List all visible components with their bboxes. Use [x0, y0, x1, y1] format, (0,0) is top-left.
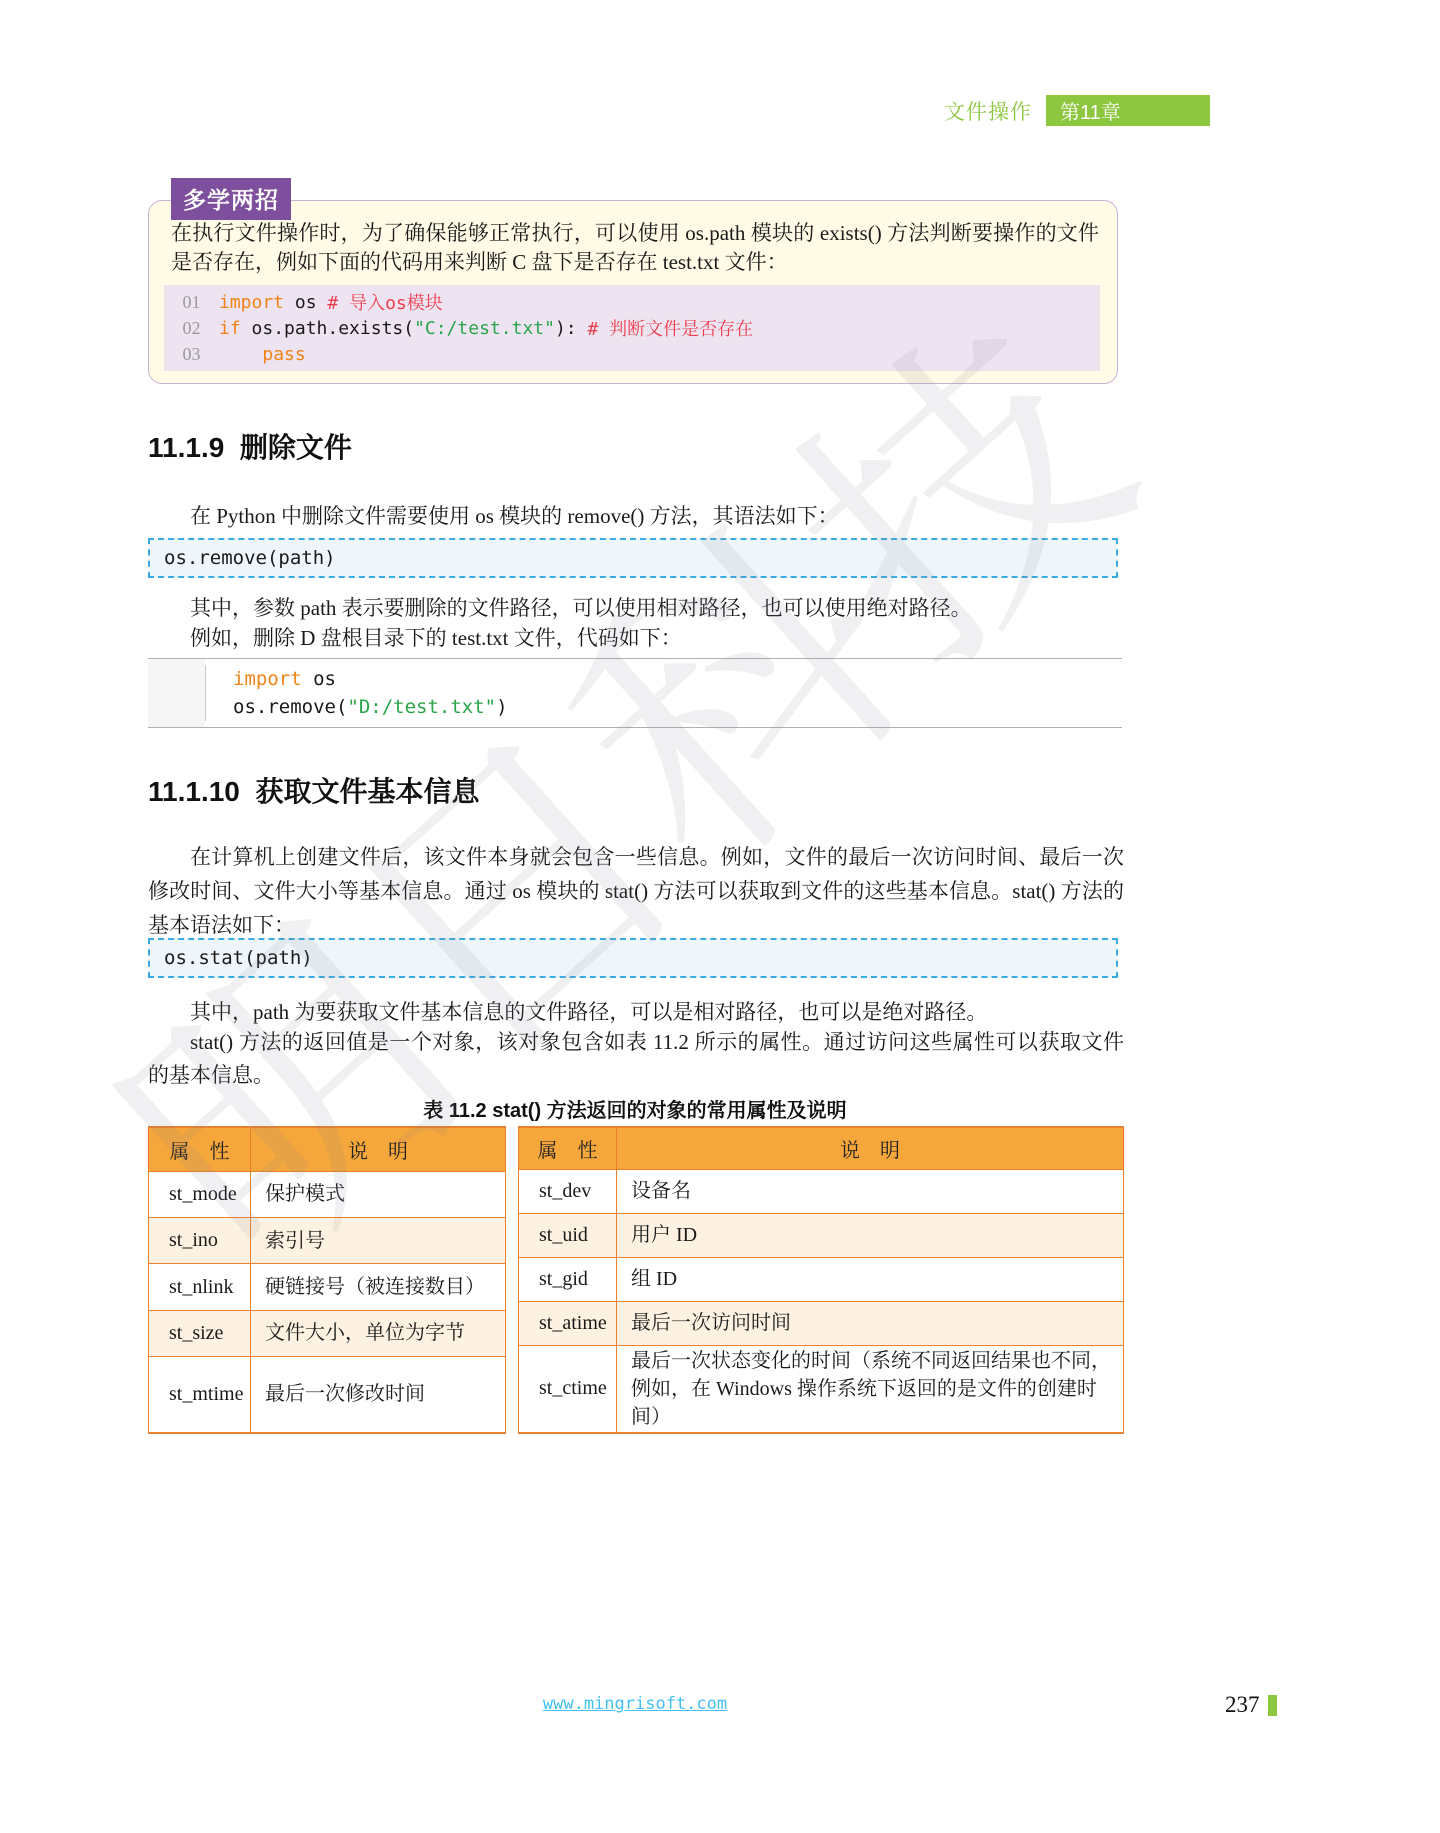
- code-keyword: import: [219, 292, 284, 313]
- table-row: st_nlink 硬链接号（被连接数目）: [149, 1264, 506, 1310]
- table-row: st_mtime 最后一次修改时间: [149, 1357, 506, 1433]
- page-number-bar: [1268, 1695, 1277, 1716]
- table-row: st_atime 最后一次访问时间: [519, 1301, 1124, 1345]
- table-row: st_ino 索引号: [149, 1218, 506, 1264]
- syntax-code: os.remove(path): [164, 547, 336, 569]
- code-line: 01 import os: [148, 665, 1122, 693]
- page-number: 237: [1225, 1692, 1277, 1718]
- code-text: os: [284, 292, 327, 313]
- syntax-code: os.stat(path): [164, 947, 313, 969]
- table-cell-desc: 最后一次访问时间: [617, 1301, 1124, 1345]
- section-title: 删除文件: [240, 432, 352, 463]
- tip-body-text: 在执行文件操作时，为了确保能够正常执行，可以使用 os.path 模块的 exi…: [171, 219, 1099, 277]
- table-header-desc: 说 明: [617, 1127, 1124, 1169]
- table-cell-desc: 最后一次状态变化的时间（系统不同返回结果也不同，例如，在 Windows 操作系…: [617, 1345, 1124, 1433]
- paragraph: 其中，path 为要获取文件基本信息的文件路径，可以是相对路径，也可以是绝对路径…: [148, 996, 1124, 1029]
- footer-website-link[interactable]: www.mingrisoft.com: [543, 1694, 727, 1714]
- syntax-box-stat: os.stat(path): [148, 938, 1118, 978]
- code-line-number: 03: [164, 344, 219, 365]
- code-gutter: [148, 659, 205, 727]
- section-number: 11.1.9: [148, 432, 224, 463]
- table-right-half: 属 性 说 明 st_dev 设备名 st_uid 用户 ID st_gid 组…: [518, 1126, 1124, 1434]
- code-line-number: 02: [164, 318, 219, 339]
- table-header-attr: 属 性: [149, 1127, 251, 1171]
- table-cell-attr: st_mtime: [149, 1357, 251, 1433]
- table-row: st_dev 设备名: [519, 1169, 1124, 1213]
- table-cell-desc: 硬链接号（被连接数目）: [251, 1264, 506, 1310]
- code-text: ):: [555, 318, 588, 339]
- section-heading-11-1-10: 11.1.10 获取文件基本信息: [148, 770, 479, 810]
- table-cell-desc: 最后一次修改时间: [251, 1357, 506, 1433]
- code-block-remove-example: 01 import os 02 os.remove("D:/test.txt"): [148, 658, 1122, 728]
- paragraph: 在计算机上创建文件后，该文件本身就会包含一些信息。例如，文件的最后一次访问时间、…: [148, 840, 1124, 942]
- table-header-row: 属 性 说 明: [519, 1127, 1124, 1169]
- code-line: 03 pass: [164, 341, 1100, 367]
- page: 文件操作 第11章 多学两招 在执行文件操作时，为了确保能够正常执行，可以使用 …: [0, 0, 1440, 1833]
- table-cell-attr: st_size: [149, 1310, 251, 1356]
- page-number-value: 237: [1225, 1692, 1260, 1718]
- code-indent: [219, 344, 262, 365]
- code-comment: # 导入os模块: [327, 289, 442, 315]
- page-header: 文件操作 第11章: [0, 95, 1210, 126]
- table-row: st_uid 用户 ID: [519, 1213, 1124, 1257]
- table-row: st_ctime 最后一次状态变化的时间（系统不同返回结果也不同，例如，在 Wi…: [519, 1345, 1124, 1433]
- table-left-half: 属 性 说 明 st_mode 保护模式 st_ino 索引号 st_nlink…: [148, 1126, 506, 1434]
- stat-attributes-table: 属 性 说 明 st_mode 保护模式 st_ino 索引号 st_nlink…: [148, 1126, 1122, 1434]
- code-line: 02 if os.path.exists("C:/test.txt"): # 判…: [164, 315, 1100, 341]
- table-cell-desc: 索引号: [251, 1218, 506, 1264]
- table-row: st_size 文件大小，单位为字节: [149, 1310, 506, 1356]
- header-chapter-badge: 第11章: [1046, 95, 1210, 126]
- table-cell-attr: st_dev: [519, 1169, 617, 1213]
- code-text: os.remove(: [206, 696, 347, 718]
- code-line: 02 os.remove("D:/test.txt"): [148, 693, 1122, 721]
- table-cell-desc: 设备名: [617, 1169, 1124, 1213]
- code-string: "D:/test.txt": [347, 696, 496, 718]
- table-cell-desc: 用户 ID: [617, 1213, 1124, 1257]
- section-number: 11.1.10: [148, 776, 240, 807]
- footer: www.mingrisoft.com: [148, 1694, 1122, 1714]
- table-caption: 表 11.2 stat() 方法返回的对象的常用属性及说明: [148, 1094, 1122, 1123]
- code-keyword: pass: [262, 344, 305, 365]
- header-section-label: 文件操作: [944, 96, 1032, 126]
- table-cell-attr: st_uid: [519, 1213, 617, 1257]
- tip-code-block: 01 import os # 导入os模块 02 if os.path.exis…: [164, 285, 1100, 371]
- table-cell-attr: st_mode: [149, 1171, 251, 1217]
- table-cell-attr: st_gid: [519, 1257, 617, 1301]
- code-comment: # 判断文件是否存在: [587, 315, 753, 341]
- table-header-desc: 说 明: [251, 1127, 506, 1171]
- section-title: 获取文件基本信息: [255, 776, 479, 807]
- table-header-attr: 属 性: [519, 1127, 617, 1169]
- code-string: "C:/test.txt": [414, 318, 555, 339]
- paragraph: 在 Python 中删除文件需要使用 os 模块的 remove() 方法，其语…: [148, 500, 1124, 533]
- paragraph: 其中，参数 path 表示要删除的文件路径，可以使用相对路径，也可以使用绝对路径…: [148, 592, 1124, 625]
- code-line: 01 import os # 导入os模块: [164, 289, 1100, 315]
- table-cell-desc: 保护模式: [251, 1171, 506, 1217]
- table-header-row: 属 性 说 明: [149, 1127, 506, 1171]
- paragraph: stat() 方法的返回值是一个对象，该对象包含如表 11.2 所示的属性。通过…: [148, 1026, 1124, 1092]
- code-keyword: if: [219, 318, 241, 339]
- table-row: st_mode 保护模式: [149, 1171, 506, 1217]
- table-cell-attr: st_ctime: [519, 1345, 617, 1433]
- table-cell-desc: 组 ID: [617, 1257, 1124, 1301]
- section-heading-11-1-9: 11.1.9 删除文件: [148, 426, 352, 466]
- code-keyword: import: [206, 668, 302, 690]
- paragraph: 例如，删除 D 盘根目录下的 test.txt 文件，代码如下：: [148, 622, 1124, 655]
- code-text: os: [302, 668, 336, 690]
- tip-badge: 多学两招: [171, 178, 291, 220]
- tip-box: 多学两招 在执行文件操作时，为了确保能够正常执行，可以使用 os.path 模块…: [148, 200, 1118, 384]
- table-cell-attr: st_nlink: [149, 1264, 251, 1310]
- code-text: os.path.exists(: [241, 318, 414, 339]
- table-cell-desc: 文件大小，单位为字节: [251, 1310, 506, 1356]
- code-text: ): [496, 696, 507, 718]
- table-cell-attr: st_atime: [519, 1301, 617, 1345]
- syntax-box-remove: os.remove(path): [148, 538, 1118, 578]
- table-cell-attr: st_ino: [149, 1218, 251, 1264]
- table-row: st_gid 组 ID: [519, 1257, 1124, 1301]
- code-line-number: 01: [164, 292, 219, 313]
